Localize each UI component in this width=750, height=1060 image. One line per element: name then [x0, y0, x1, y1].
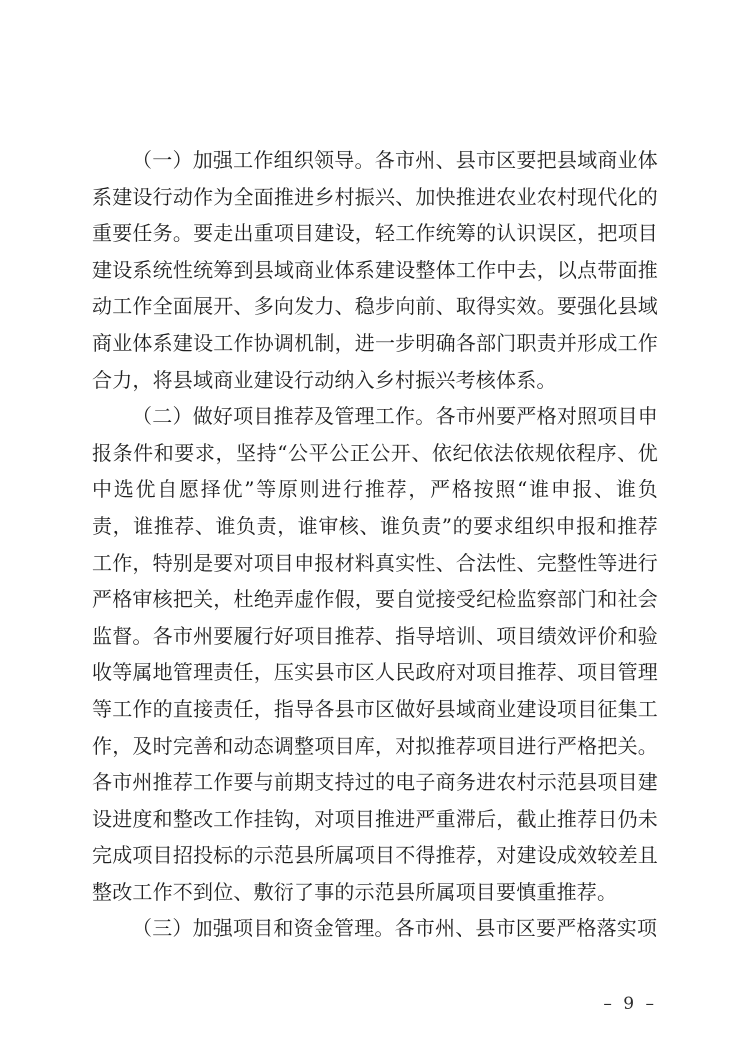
- paragraph-1-heading: （一）加强工作组织领导。: [132, 148, 375, 172]
- paragraph-3-heading: （三）加强项目和资金管理。: [132, 916, 395, 940]
- paragraph-3: （三）加强项目和资金管理。各市州、县市区要严格落实项: [92, 910, 658, 947]
- paragraph-1-body: 各市州、县市区要把县域商业体系建设行动作为全面推进乡村振兴、加快推进农业农村现代…: [92, 148, 658, 392]
- paragraph-2-body: 各市州要严格对照项目申报条件和要求，坚持“公平公正公开、依纪依法依规依程序、优中…: [92, 404, 658, 904]
- paragraph-3-body: 各市州、县市区要严格落实项: [395, 916, 658, 940]
- document-page: （一）加强工作组织领导。各市州、县市区要把县域商业体系建设行动作为全面推进乡村振…: [0, 0, 750, 1060]
- document-text-block: （一）加强工作组织领导。各市州、县市区要把县域商业体系建设行动作为全面推进乡村振…: [92, 142, 658, 947]
- paragraph-1: （一）加强工作组织领导。各市州、县市区要把县域商业体系建设行动作为全面推进乡村振…: [92, 142, 658, 398]
- page-number: – 9 –: [603, 994, 657, 1014]
- paragraph-2-heading: （二）做好项目推荐及管理工作。: [132, 404, 435, 428]
- paragraph-2: （二）做好项目推荐及管理工作。各市州要严格对照项目申报条件和要求，坚持“公平公正…: [92, 398, 658, 910]
